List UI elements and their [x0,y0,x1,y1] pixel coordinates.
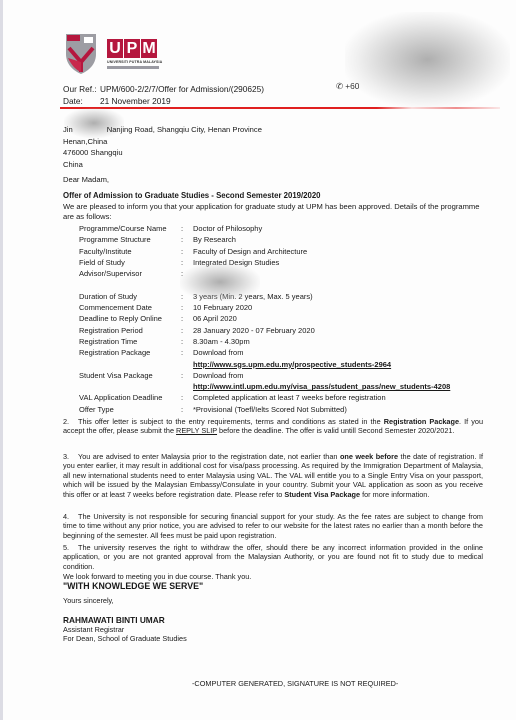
intro-paragraph: We are pleased to inform you that your a… [63,202,483,222]
phone-icon: ✆ [336,81,343,91]
closing-line: We look forward to meeting you in due co… [63,572,251,581]
offer-letter-page: U P M UNIVERSITI PUTRA MALAYSIA Our Ref.… [0,0,516,720]
sign-off: Yours sincerely, [63,596,114,605]
programme-details-table: Programme/Course Name:Doctor of Philosop… [79,223,450,415]
salutation: Dear Madam, [63,175,109,184]
header-divider [60,107,500,109]
detail-row: Offer Type:*Provisional (Toefl/Ielts Sco… [79,404,450,415]
detail-row: Programme Structure:By Research [79,234,450,245]
logo-subtitle: UNIVERSITI PUTRA MALAYSIA [107,60,162,64]
detail-label: Programme Structure [79,234,181,245]
detail-separator [181,381,193,392]
letter-subject: Offer of Admission to Graduate Studies -… [63,191,321,200]
paragraph-3: 3.You are advised to enter Malaysia prio… [63,452,483,499]
recipient-address: JinNanjing Road, Shangqiu City, Henan Pr… [63,124,262,170]
phone-number: ✆ +60 [336,81,359,91]
detail-separator: : [181,392,193,403]
detail-separator: : [181,347,193,358]
footer-note: -COMPUTER GENERATED, SIGNATURE IS NOT RE… [192,679,398,688]
detail-label [79,359,181,370]
detail-row: Deadline to Reply Online:06 April 2020 [79,313,450,324]
detail-label: Deadline to Reply Online [79,313,181,324]
detail-row: Registration Time:8.30am - 4.30pm [79,336,450,347]
detail-row: Commencement Date:10 February 2020 [79,302,450,313]
paragraph-4: 4.The University is not responsible for … [63,512,483,540]
signature-block: RAHMAWATI BINTI UMAR Assistant Registrar… [63,615,187,644]
detail-value: 8.30am - 4.30pm [193,336,250,347]
detail-label: Duration of Study [79,291,181,302]
detail-label [79,279,181,290]
signatory-title: Assistant Registrar [63,625,187,634]
upm-shield-icon [64,32,98,75]
detail-separator [181,359,193,370]
detail-value: *Provisional (Toefl/Ielts Scored Not Sub… [193,404,347,415]
detail-row: Student Visa Package:Download from [79,370,450,381]
signatory-name: RAHMAWATI BINTI UMAR [63,615,187,625]
detail-label: Commencement Date [79,302,181,313]
motto: "WITH KNOWLEDGE WE SERVE" [63,581,203,591]
date-value: 21 November 2019 [100,95,171,107]
paragraph-5: 5.The university reserves the right to w… [63,543,483,571]
date-label: Date: [63,95,100,107]
detail-row: http://www.sgs.upm.edu.my/prospective_st… [79,359,450,370]
detail-separator: : [181,404,193,415]
detail-value: Download from [193,370,243,381]
detail-separator: : [181,234,193,245]
detail-separator: : [181,246,193,257]
detail-value: By Research [193,234,236,245]
detail-label: Offer Type [79,404,181,415]
reference-block: Our Ref.: UPM/600-2/2/7/Offer for Admiss… [63,83,264,107]
detail-separator: : [181,302,193,313]
reply-slip: REPLY SLIP [176,426,217,435]
ref-value: UPM/600-2/2/7/Offer for Admission/(29062… [100,83,264,95]
detail-label: Programme/Course Name [79,223,181,234]
detail-label: VAL Application Deadline [79,392,181,403]
detail-value: Faculty of Design and Architecture [193,246,307,257]
signatory-office: For Dean, School of Graduate Studies [63,634,187,643]
upm-wordmark: U P M [107,39,157,58]
detail-value: Doctor of Philosophy [193,223,262,234]
detail-value: Download from [193,347,243,358]
download-link[interactable]: http://www.intl.upm.edu.my/visa_pass/stu… [193,381,450,392]
detail-label: Student Visa Package [79,370,181,381]
detail-label: Registration Time [79,336,181,347]
detail-label: Advisor/Supervisor [79,268,181,279]
redacted-supervisor [180,263,260,301]
paragraph-2: 2.This offer letter is subject to the en… [63,417,483,436]
detail-row: Faculty/Institute:Faculty of Design and … [79,246,450,257]
logo-motto-bar [107,66,159,69]
detail-separator: : [181,223,193,234]
detail-value: 10 February 2020 [193,302,252,313]
detail-separator: : [181,370,193,381]
detail-separator: : [181,325,193,336]
detail-label: Registration Period [79,325,181,336]
detail-row: Duration of Study:3 years (Min. 2 years,… [79,291,450,302]
detail-value: 28 January 2020 - 07 February 2020 [193,325,315,336]
detail-separator: : [181,313,193,324]
detail-separator: : [181,336,193,347]
detail-row: VAL Application Deadline:Completed appli… [79,392,450,403]
detail-value: 06 April 2020 [193,313,237,324]
detail-label: Faculty/Institute [79,246,181,257]
download-link[interactable]: http://www.sgs.upm.edu.my/prospective_st… [193,359,391,370]
detail-value: Completed application at least 7 weeks b… [193,392,386,403]
detail-row: Registration Period:28 January 2020 - 07… [79,325,450,336]
detail-row: Registration Package:Download from [79,347,450,358]
detail-row [79,279,450,290]
detail-label: Field of Study [79,257,181,268]
ref-label: Our Ref.: [63,83,100,95]
upm-logo: U P M UNIVERSITI PUTRA MALAYSIA [64,32,162,77]
detail-row: http://www.intl.upm.edu.my/visa_pass/stu… [79,381,450,392]
detail-label [79,381,181,392]
detail-row: Programme/Course Name:Doctor of Philosop… [79,223,450,234]
detail-row: Advisor/Supervisor: [79,268,450,279]
detail-row: Field of Study:Integrated Design Studies [79,257,450,268]
redacted-contact-area [345,12,510,107]
detail-label: Registration Package [79,347,181,358]
